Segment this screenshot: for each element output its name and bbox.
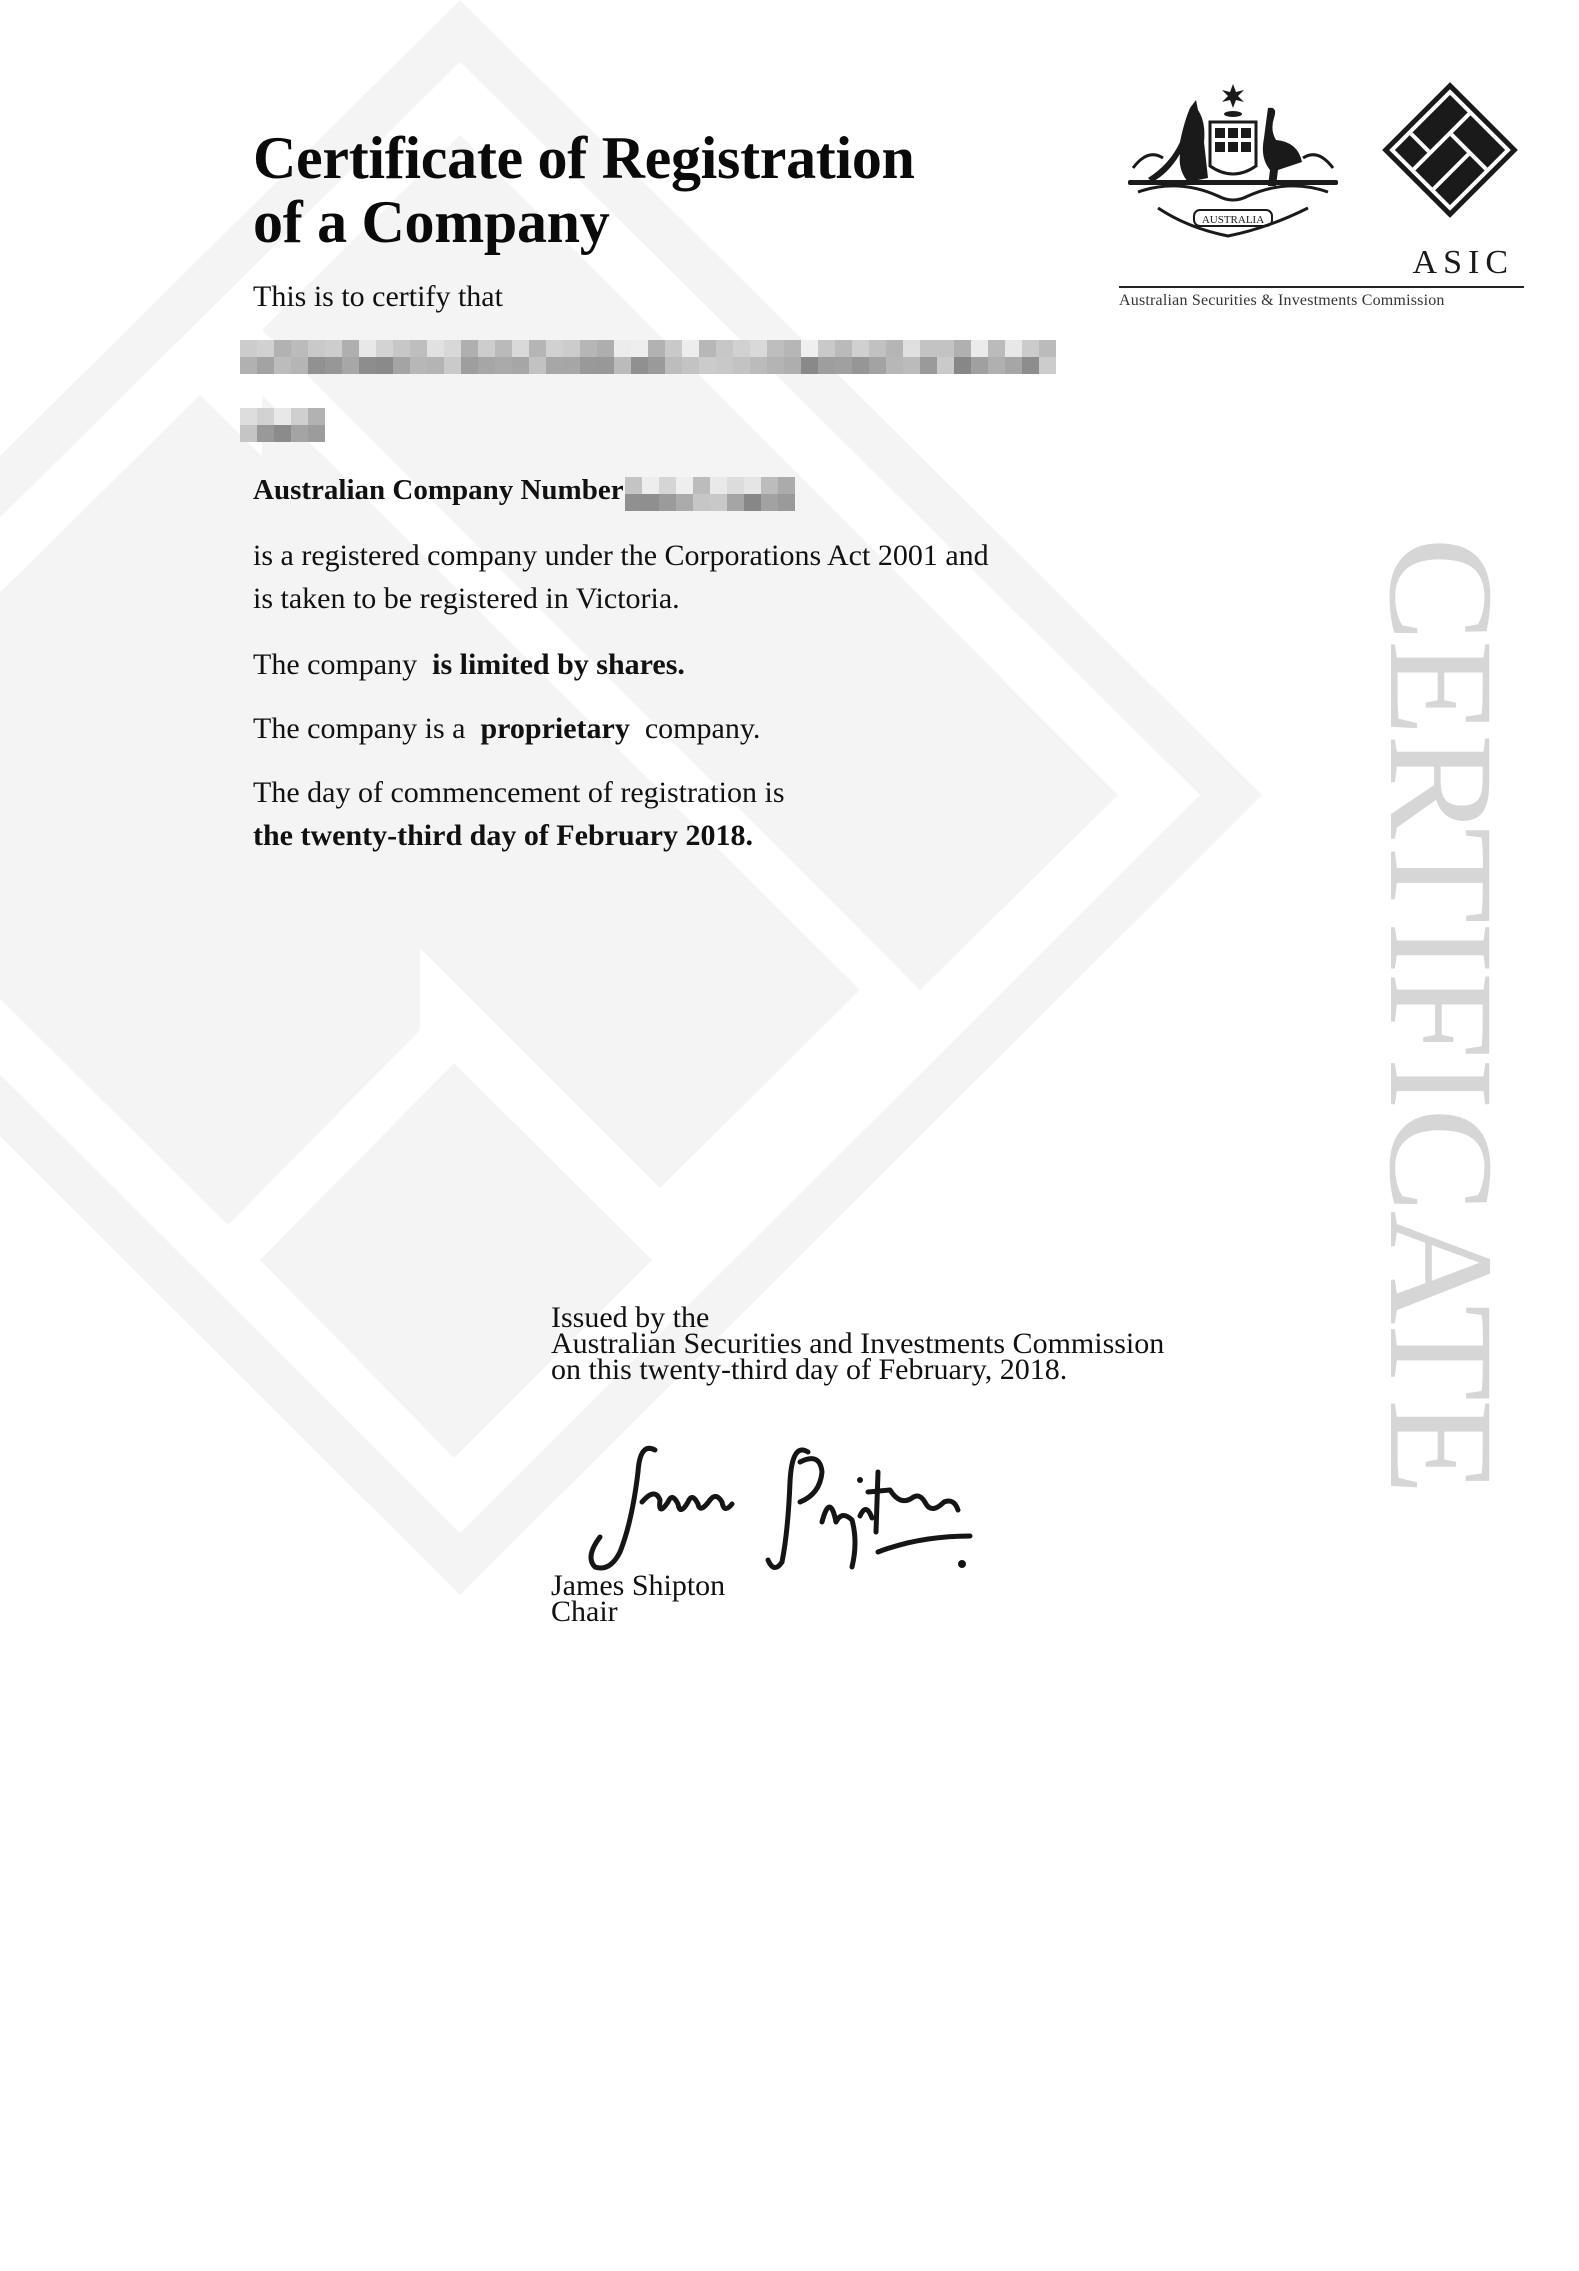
certify-intro: This is to certify that: [253, 280, 503, 314]
liability-statement: The company is limited by shares.: [253, 643, 685, 686]
page-title: Certificate of Registration of a Company: [253, 126, 915, 254]
commencement-line-1: The day of commencement of registration …: [253, 771, 785, 814]
certificate-side-watermark: CERTIFICATE: [1376, 425, 1506, 1605]
registration-line-2: is taken to be registered in Victoria.: [253, 577, 989, 620]
acn-label: Australian Company Number: [253, 474, 624, 507]
commencement-date: the twenty-third day of February 2018.: [253, 814, 785, 857]
title-line-1: Certificate of Registration: [253, 126, 915, 190]
liability-prefix: The company: [253, 648, 417, 681]
company-type: proprietary: [480, 712, 629, 745]
asic-acronym: ASIC: [1413, 244, 1514, 282]
liability-type: is limited by shares.: [432, 648, 685, 681]
commencement-statement: The day of commencement of registration …: [253, 771, 785, 857]
certificate-side-text: CERTIFICATE: [1366, 537, 1516, 1493]
signature-icon: [560, 1432, 1020, 1582]
signatory-title: Chair: [551, 1599, 725, 1625]
asic-logo-icon: [1380, 80, 1520, 220]
company-type-suffix: company.: [645, 712, 761, 745]
company-type-statement: The company is a proprietary company.: [253, 707, 760, 750]
logo-divider: [1119, 286, 1524, 288]
registration-statement: is a registered company under the Corpor…: [253, 534, 989, 620]
signatory-block: James Shipton Chair: [551, 1573, 725, 1625]
title-line-2: of a Company: [253, 190, 915, 254]
issuer-block: Issued by the Australian Securities and …: [551, 1305, 1164, 1383]
svg-text:AUSTRALIA: AUSTRALIA: [1202, 214, 1264, 226]
coat-of-arms-icon: AUSTRALIA: [1118, 78, 1348, 248]
acn-redacted: [625, 477, 795, 511]
header-logos: AUSTRALIA ASIC Australian Securities & I…: [1118, 78, 1528, 328]
company-type-prefix: The company is a: [253, 712, 465, 745]
issuer-line-3: on this twenty-third day of February, 20…: [551, 1357, 1164, 1383]
company-name-redacted-line-2: [240, 408, 325, 442]
asic-full-name: Australian Securities & Investments Comm…: [1119, 292, 1445, 310]
registration-line-1: is a registered company under the Corpor…: [253, 534, 989, 577]
acn-row: Australian Company Number: [253, 474, 795, 511]
company-name-redacted: [240, 340, 1056, 374]
